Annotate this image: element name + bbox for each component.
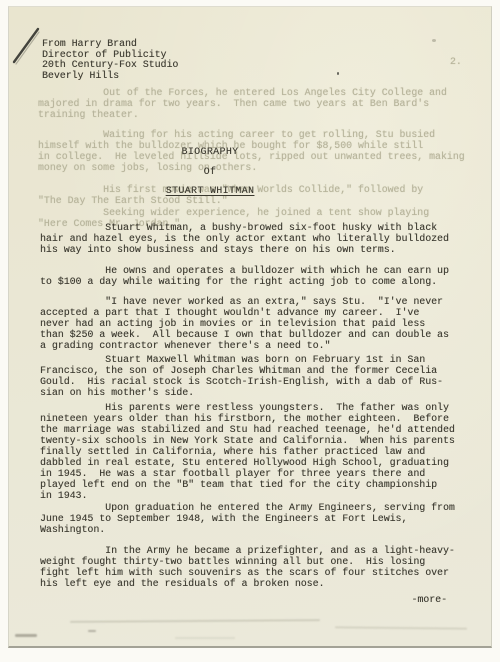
subject-name: STUART WHITMAN: [0, 185, 420, 196]
smudge-mark: [88, 630, 96, 632]
ink-speck: [432, 39, 436, 42]
ink-speck: [337, 72, 339, 75]
paragraph: He owns and operates a bulldozer with wh…: [40, 265, 449, 287]
sender-block: From Harry Brand Director of Publicity 2…: [42, 39, 178, 81]
biography-title-of: Of: [0, 166, 420, 177]
page-number-showthrough: 2.: [450, 56, 462, 67]
paragraph: In the Army he became a prizefighter, an…: [40, 545, 455, 589]
more-marker: -more-: [40, 594, 447, 605]
paragraph: Stuart Whitman, a bushy-browed six-foot …: [40, 222, 449, 255]
showthrough-paragraph: Out of the Forces, he entered Los Angele…: [38, 87, 447, 120]
biography-title: BIOGRAPHY: [0, 146, 420, 157]
paragraph: His parents were restless youngsters. Th…: [40, 402, 455, 501]
smudge-mark: [175, 637, 235, 639]
paragraph: Stuart Maxwell Whitman was born on Febru…: [40, 354, 443, 398]
document-scan: Out of the Forces, he entered Los Angele…: [0, 0, 500, 662]
smudge-mark: [15, 634, 37, 637]
paragraph: "I have never worked as an extra," says …: [40, 296, 449, 351]
paragraph: Upon graduation he entered the Army Engi…: [40, 502, 455, 535]
